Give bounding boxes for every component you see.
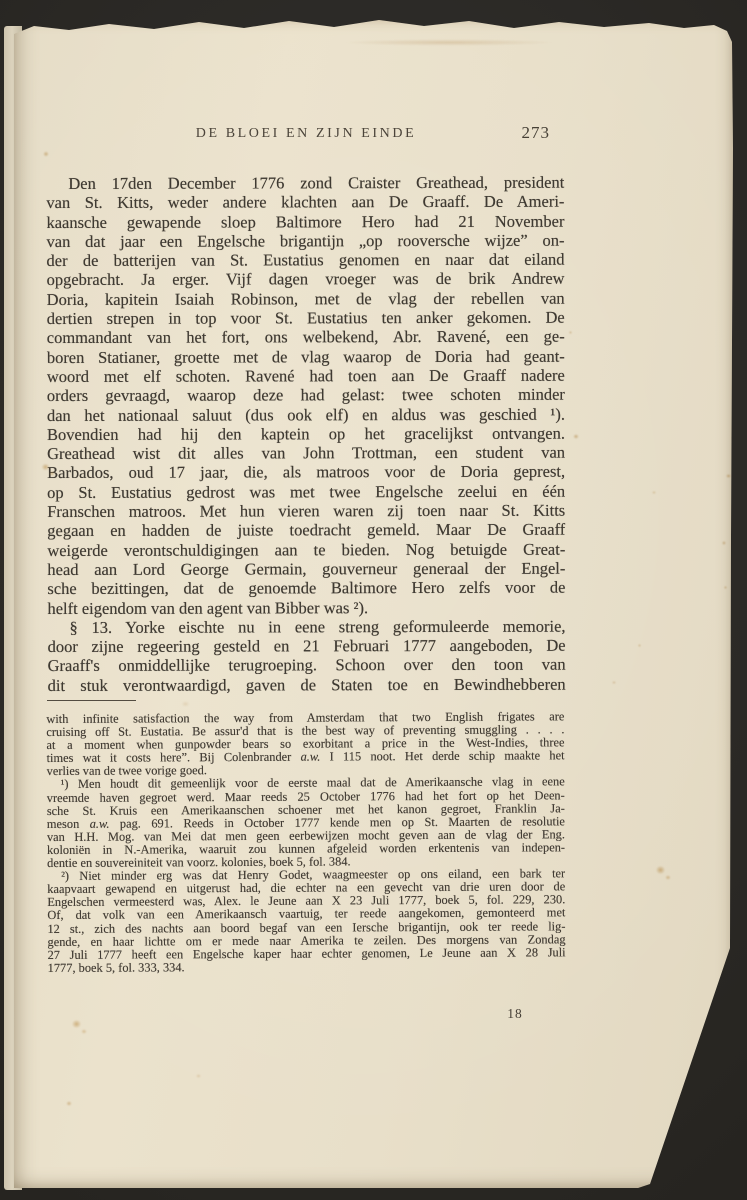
foxing-spot [721, 540, 727, 546]
text-line: door zijne regeering gesteld en 21 Febru… [48, 636, 566, 657]
text-line: dit stuk verontwaardigd, gaven de Staten… [48, 674, 566, 695]
text-line: opgebracht. Ja erger. Vijf dagen vroeger… [47, 269, 565, 290]
text-line: woord met elf schoten. Ravené had toen a… [47, 366, 565, 387]
foxing-spot [725, 473, 732, 479]
text-line: Bovendien had hij den kaptein op het gra… [47, 424, 565, 445]
text-line: koloniën in N.-Amerika, waaruit zou kunn… [47, 841, 565, 857]
foxing-spot [70, 1018, 83, 1030]
foxing-spot [65, 1100, 73, 1107]
text-line: helft eigendom van den agent van Bibber … [47, 597, 565, 618]
text-line: weigerde verontschuldigingen aan te bied… [47, 539, 565, 560]
text-line: commandant van het fort, ons welbekend, … [47, 327, 565, 348]
foxing-spot [572, 433, 580, 440]
foxing-spot [664, 874, 672, 881]
text-line: sche bezittingen, dat de genoemde Baltim… [47, 578, 565, 599]
text-line: boren Statianer, groette met de vlag waa… [47, 346, 565, 367]
body-text: Den 17den December 1776 zond Craister Gr… [46, 173, 565, 695]
text-line: van St. Kitts, weder andere klachten aan… [46, 192, 564, 213]
foxing-spot [654, 864, 667, 876]
scan-background: { "page": { "header": { "title": "DE BLO… [0, 0, 747, 1200]
paper-sheet: DE BLOEI EN ZIJN EINDE 273 Den 17den Dec… [14, 18, 733, 1188]
text-line: dan het nationaal saluut (dus ook elf) e… [47, 404, 565, 425]
foxing-spot [637, 643, 642, 648]
text-line: dertien strepen in top voor St. Eustatiu… [47, 308, 565, 329]
text-line: 27 Juli 1777 heeft een Engelsche kaper h… [48, 946, 566, 962]
foxing-spot [304, 38, 594, 47]
text-line: Den 17den December 1776 zond Craister Gr… [46, 173, 564, 194]
text-line: Greathead wist dit alles van John Trottm… [47, 443, 565, 464]
foxing-spot [195, 1073, 202, 1079]
foxing-spot [611, 680, 617, 685]
text-line: head aan Lord George Germain, gouverneur… [47, 559, 565, 580]
text-line: der de batterijen van St. Eustatius geno… [47, 250, 565, 271]
text-line: gegaan en hadden de juiste toedracht gem… [47, 520, 565, 541]
text-line: orders gevraagd, waarop deze had gelast:… [47, 385, 565, 406]
text-line: van dat jaar een Engelsche brigantijn „o… [46, 231, 564, 252]
text-line: 1777, boek 5, fol. 333, 334. [48, 959, 566, 975]
text-line: § 13. Yorke eischte nu in eene streng ge… [47, 616, 565, 637]
page-header: DE BLOEI EN ZIJN EINDE 273 [47, 126, 565, 150]
text-line: Graaff's onmiddellijke terugroeping. Sch… [48, 655, 566, 676]
footnotes: with infinite satisfaction the way from … [46, 710, 565, 975]
running-title: DE BLOEI EN ZIJN EINDE [47, 126, 565, 142]
foxing-spot [651, 490, 657, 495]
foxing-spot [80, 1028, 88, 1035]
footnote-separator [47, 700, 136, 701]
foxing-spot [723, 585, 728, 590]
text-line: Doria, kapitein Isaiah Robinson, met de … [47, 288, 565, 309]
foxing-spot [180, 700, 191, 708]
text-line: Franschen matroos. Met hun vieren waren … [47, 501, 565, 522]
text-line: kaansche gewapende sloep Baltimore Hero … [46, 211, 564, 232]
foxing-spot [42, 150, 50, 158]
text-line: Barbados, oud 17 jaar, die, als matroos … [47, 462, 565, 483]
page-number: 273 [522, 123, 551, 143]
sheet-signature: 18 [502, 1006, 528, 1022]
foxing-spot [568, 330, 573, 335]
text-line: op St. Eustatius gedrost was met twee En… [47, 481, 565, 502]
